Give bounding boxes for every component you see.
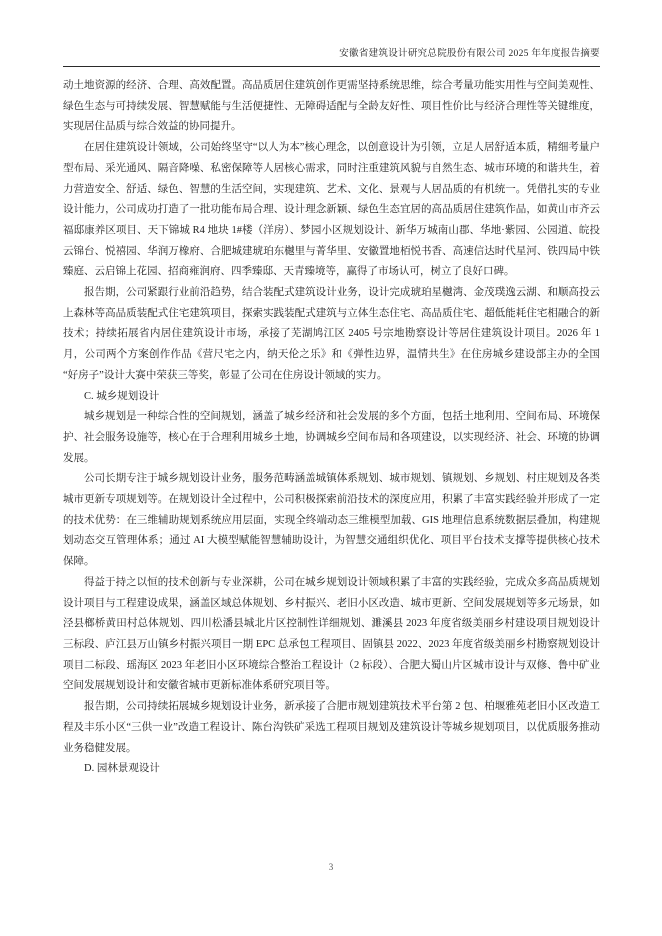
- paragraph-reporting-period-planning: 报告期，公司持续拓展城乡规划设计业务，新承接了合肥市规划建筑技术平台第 2 包、…: [63, 697, 600, 759]
- paragraph-planning-business: 公司长期专注于城乡规划设计业务，服务范畴涵盖城镇体系规划、城市规划、镇规划、乡规…: [63, 469, 600, 573]
- document-body: 动土地资源的经济、合理、高效配置。高品质居住建筑创作更需坚持系统思维，综合考量功…: [63, 76, 600, 780]
- paragraph-planning-definition: 城乡规划是一种综合性的空间规划，涵盖了城乡经济和社会发展的多个方面，包括土地利用…: [63, 407, 600, 469]
- header-divider: [63, 66, 600, 67]
- page-number: 3: [329, 862, 334, 872]
- page-footer: 3: [0, 862, 662, 872]
- paragraph-land-resources-continuation: 动土地资源的经济、合理、高效配置。高品质居住建筑创作更需坚持系统思维，综合考量功…: [63, 76, 600, 138]
- page-header: 安徽省建筑设计研究总院股份有限公司 2025 年年度报告摘要: [63, 45, 600, 67]
- section-heading-landscape-design: D. 园林景观设计: [63, 759, 600, 780]
- paragraph-planning-achievements: 得益于持之以恒的技术创新与专业深耕，公司在城乡规划设计领域积累了丰富的实践经验，…: [63, 573, 600, 697]
- report-page: 安徽省建筑设计研究总院股份有限公司 2025 年年度报告摘要 动土地资源的经济、…: [0, 0, 662, 936]
- report-header-title: 安徽省建筑设计研究总院股份有限公司 2025 年年度报告摘要: [63, 45, 600, 66]
- paragraph-residential-design: 在居住建筑设计领域，公司始终坚守“以人为本”核心理念，以创意设计为引领，立足人居…: [63, 138, 600, 283]
- paragraph-reporting-period-residential: 报告期，公司紧跟行业前沿趋势，结合装配式建筑设计业务，设计完成琥珀星樾湾、金茂璞…: [63, 283, 600, 387]
- section-heading-urban-rural-planning: C. 城乡规划设计: [63, 387, 600, 408]
